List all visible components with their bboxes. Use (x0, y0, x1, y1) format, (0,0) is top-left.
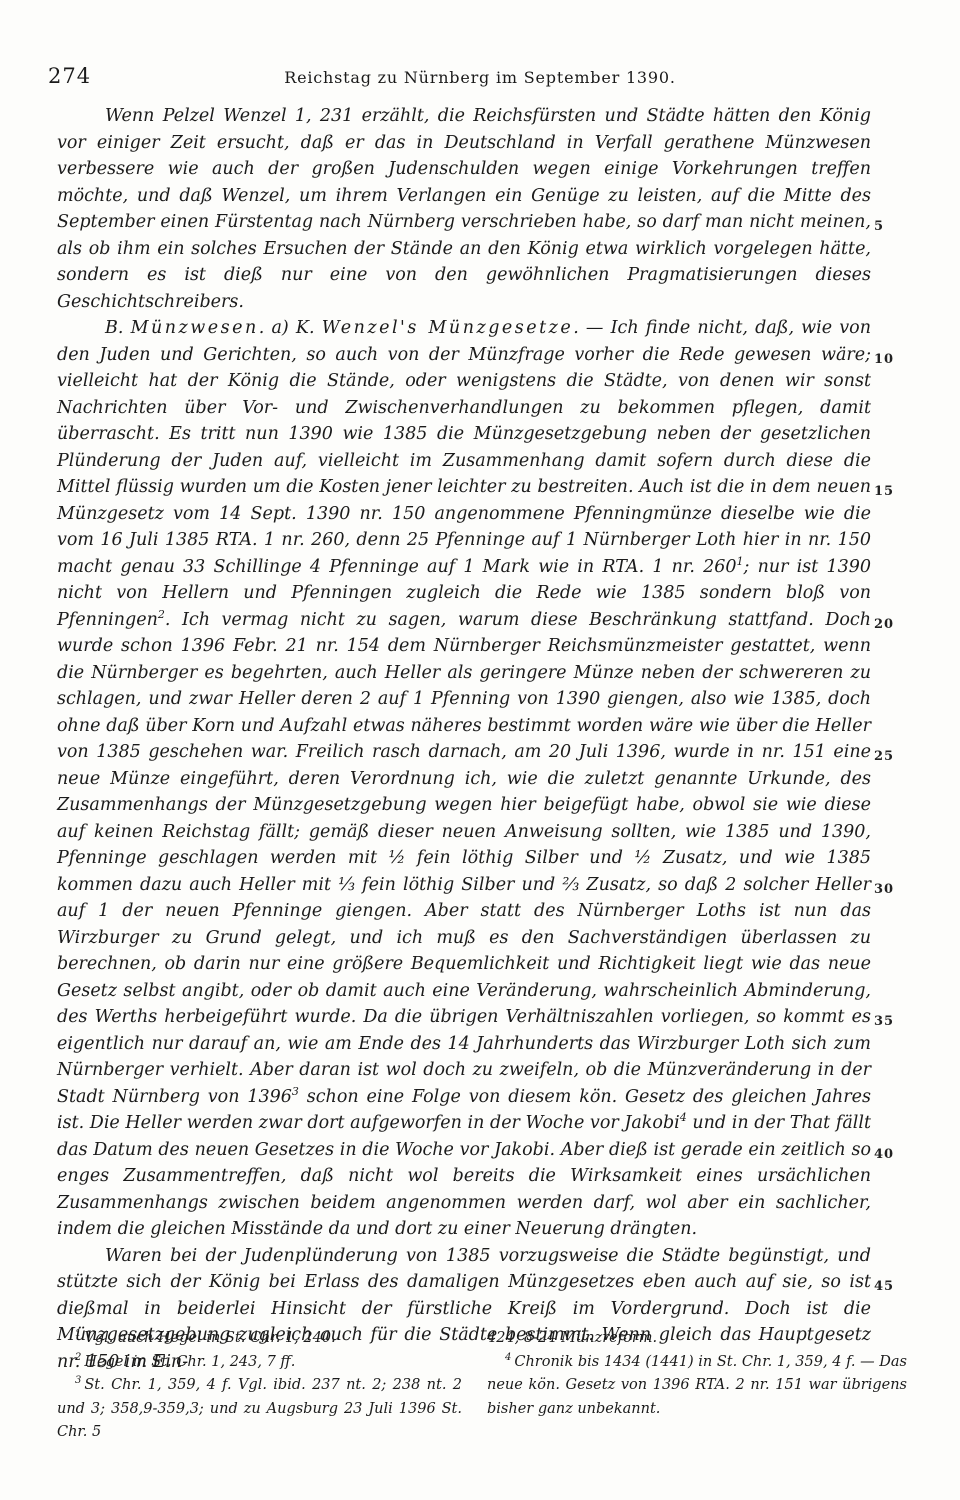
footnote-ref: 3 (292, 1085, 299, 1098)
margin-line-number: 15 (874, 484, 904, 499)
margin-line-number: 30 (874, 882, 904, 897)
footnote-marker: 1 (75, 1328, 81, 1339)
text-run: . — Ich finde nicht, daß, wie von den Ju… (57, 318, 871, 577)
margin-line-number: 35 (874, 1014, 904, 1029)
footnote-marker: 4 (505, 1352, 511, 1363)
margin-line-number: 20 (874, 617, 904, 632)
footnotes-right-column: 424, 8-24 Münzreform.4Chronik bis 1434 (… (487, 1327, 907, 1421)
footnote-ref: 4 (680, 1111, 687, 1124)
footnote-text: St. Chr. 1, 359, 4 f. Vgl. ibid. 237 nt.… (57, 1377, 462, 1440)
margin-line-number: 10 (874, 352, 904, 367)
footnote-text: Chronik bis 1434 (1441) in St. Chr. 1, 3… (487, 1354, 907, 1417)
margin-line-number: 40 (874, 1147, 904, 1162)
text-run: . a) K. (259, 318, 322, 338)
footnote-marker: 3 (75, 1375, 81, 1386)
footnote-marker: 2 (75, 1352, 81, 1363)
paragraph: Wenn Pelzel Wenzel 1, 231 erzählt, die R… (57, 103, 871, 315)
margin-line-number: 25 (874, 749, 904, 764)
footnote-text: Hegel in St. Chr. 1, 243, 7 ff. (84, 1354, 295, 1370)
footnote-text: 424, 8-24 Münzreform. (487, 1330, 657, 1346)
footnotes-left-column: 1Vgl. auch Hegel in St. Chr. 1, 240.2Heg… (57, 1327, 462, 1445)
footnote: 424, 8-24 Münzreform. (487, 1327, 907, 1351)
text-run: . Ich vermag nicht zu sagen, warum diese… (57, 610, 871, 1107)
footnote-text: Vgl. auch Hegel in St. Chr. 1, 240. (84, 1330, 335, 1346)
footnote: 2Hegel in St. Chr. 1, 243, 7 ff. (57, 1351, 462, 1375)
text-run: B. (105, 318, 131, 338)
main-text: Wenn Pelzel Wenzel 1, 231 erzählt, die R… (57, 103, 871, 1375)
text-run: Wenn Pelzel Wenzel 1, 231 erzählt, die R… (57, 106, 871, 312)
letterspaced-term: Münzwesen (131, 318, 259, 338)
footnote: 3St. Chr. 1, 359, 4 f. Vgl. ibid. 237 nt… (57, 1374, 462, 1445)
paragraph: B. Münzwesen. a) K. Wenzel's Münzgesetze… (57, 315, 871, 1243)
footnote: 1Vgl. auch Hegel in St. Chr. 1, 240. (57, 1327, 462, 1351)
letterspaced-term: Wenzel's Münzgesetze (322, 318, 574, 338)
margin-line-number: 45 (874, 1279, 904, 1294)
running-title: Reichstag zu Nürnberg im September 1390. (0, 68, 960, 87)
footnote-ref: 1 (737, 555, 744, 568)
footnote: 4Chronik bis 1434 (1441) in St. Chr. 1, … (487, 1351, 907, 1422)
book-page: 274 Reichstag zu Nürnberg im September 1… (0, 0, 960, 1500)
footnote-ref: 2 (158, 608, 165, 621)
margin-line-number: 5 (874, 219, 904, 234)
